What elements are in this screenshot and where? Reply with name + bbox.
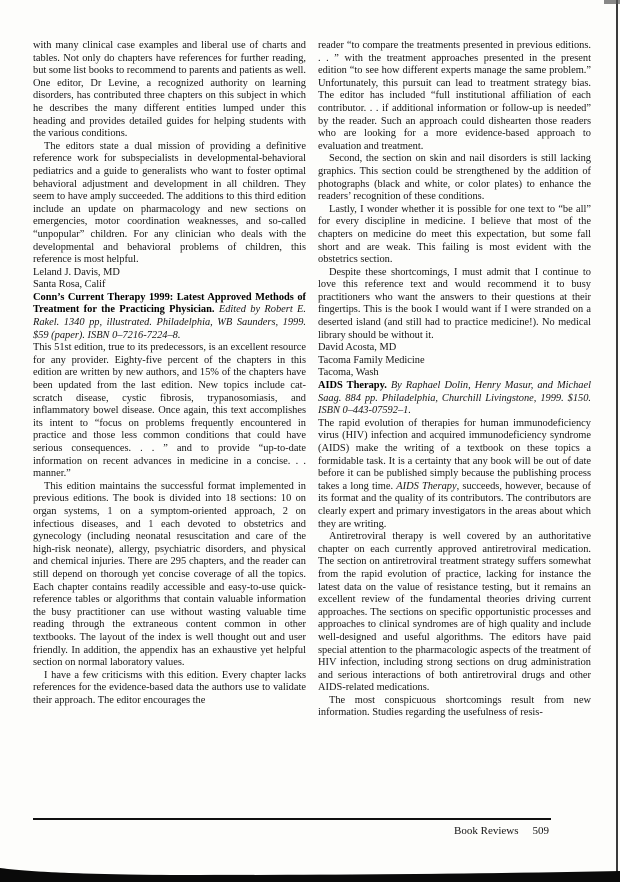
paragraph-despite: Despite these shortcomings, I must admit… — [318, 267, 591, 343]
inline-book-title: AIDS Therapy — [396, 481, 456, 492]
journal-page: with many clinical case examples and lib… — [0, 0, 620, 882]
footer-section-label: Book Reviews — [454, 825, 518, 837]
book-title: AIDS Therapy. — [318, 380, 387, 391]
scan-corner-smudge — [604, 0, 620, 4]
footer: Book Reviews509 — [33, 824, 549, 838]
paragraph-continuation: with many clinical case examples and lib… — [33, 40, 306, 141]
paragraph-format: This edition maintains the successful fo… — [33, 481, 306, 670]
paragraph-criticisms: I have a few criticisms with this editio… — [33, 670, 306, 708]
reviewer-signature-name: David Acosta, MD — [318, 342, 591, 355]
scan-bottom-edge-bar — [0, 866, 620, 882]
book-citation-heading-aids: AIDS Therapy. By Raphael Dolin, Henry Ma… — [318, 380, 591, 418]
paragraph-shortcomings: The most conspicuous shortcomings result… — [318, 695, 591, 720]
paragraph-antiretroviral: Antiretroviral therapy is well covered b… — [318, 531, 591, 695]
footer-rule — [33, 818, 551, 820]
left-column: with many clinical case examples and lib… — [33, 40, 306, 707]
paragraph-second-skin: Second, the section on skin and nail dis… — [318, 153, 591, 203]
footer-page-number: 509 — [533, 824, 550, 838]
right-column: reader “to compare the treatments presen… — [318, 40, 591, 720]
reviewer-signature-location: Santa Rosa, Calif — [33, 279, 306, 292]
paragraph-editors-mission: The editors state a dual mission of prov… — [33, 141, 306, 267]
scan-right-edge-line — [616, 0, 618, 882]
book-citation-heading-conn: Conn’s Current Therapy 1999: Latest Appr… — [33, 292, 306, 342]
paragraph-reader-compare: reader “to compare the treatments presen… — [318, 40, 591, 153]
paragraph-51st-edition: This 51st edition, true to its predecess… — [33, 342, 306, 481]
paragraph-lastly: Lastly, I wonder whether it is possible … — [318, 204, 591, 267]
paragraph-rapid-evolution: The rapid evolution of therapies for hum… — [318, 418, 591, 531]
reviewer-signature-affiliation: Tacoma Family Medicine — [318, 355, 591, 368]
reviewer-signature-location: Tacoma, Wash — [318, 367, 591, 380]
reviewer-signature-name: Leland J. Davis, MD — [33, 267, 306, 280]
